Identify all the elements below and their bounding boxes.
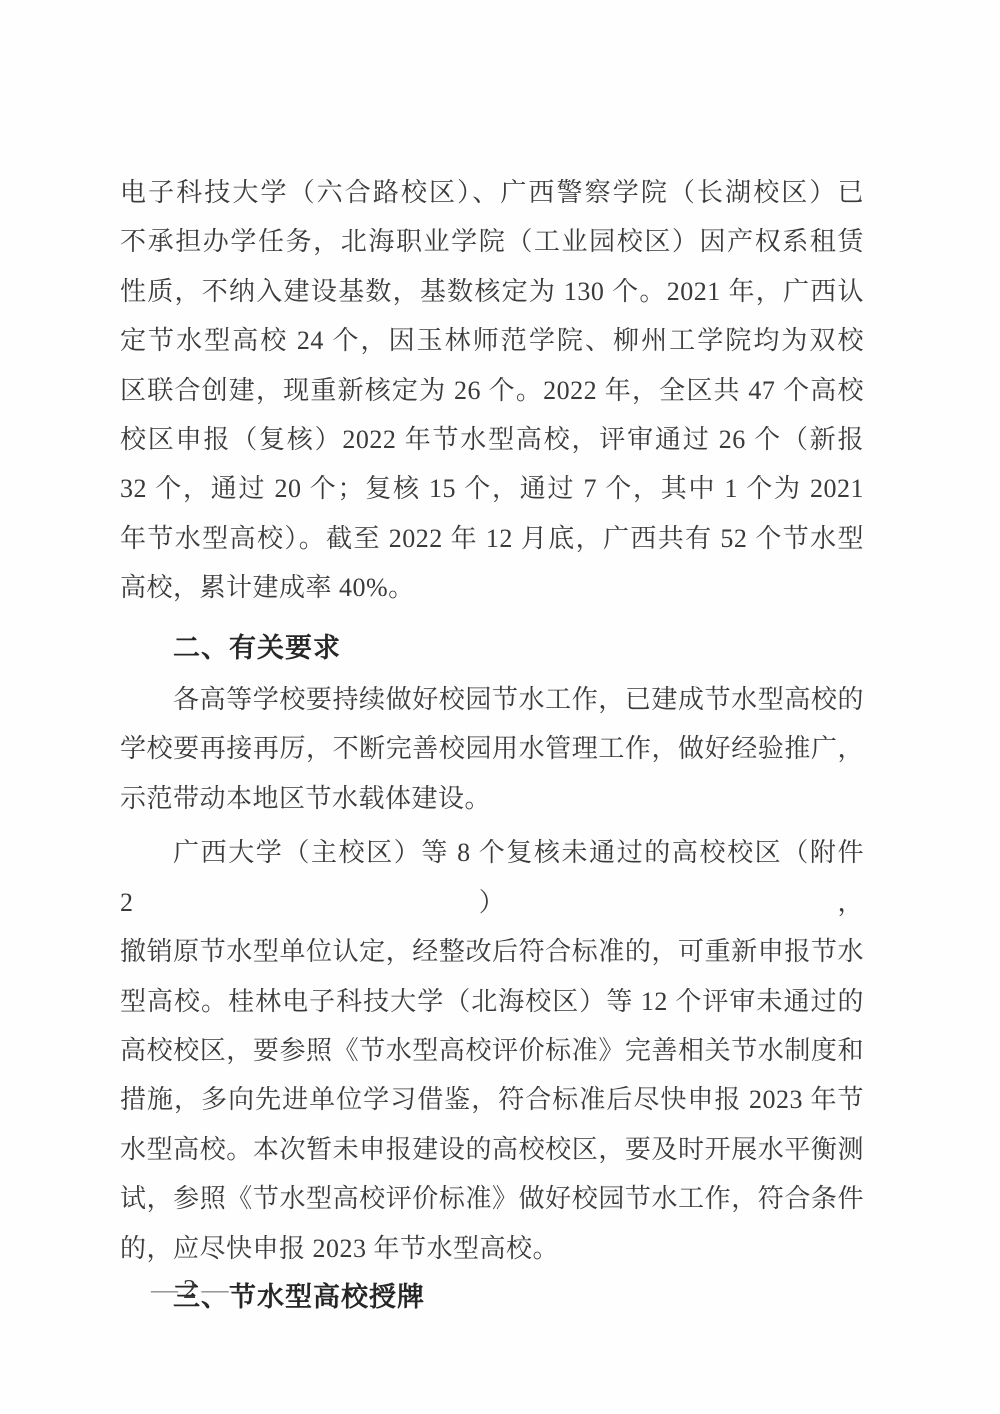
body-line: 区联合创建，现重新核定为 26 个。2022 年，全区共 47 个高校	[120, 366, 864, 415]
body-line: 性质，不纳入建设基数，基数核定为 130 个。2021 年，广西认	[120, 267, 864, 316]
page-number-value: 2	[183, 1274, 197, 1304]
body-line: 校区申报（复核）2022 年节水型高校，评审通过 26 个（新报	[120, 415, 864, 464]
document-body: 电子科技大学（六合路校区）、广西警察学院（长湖校区）已 不承担办学任务，北海职业…	[120, 168, 864, 1322]
section-heading-requirements: 二、有关要求	[120, 624, 864, 673]
body-line: 各高等学校要持续做好校园节水工作，已建成节水型高校的	[120, 675, 864, 724]
body-line: 试，参照《节水型高校评价标准》做好校园节水工作，符合条件	[120, 1174, 864, 1223]
body-line: 高校，累计建成率 40%。	[120, 563, 864, 612]
page-number-dash-left: —	[146, 1274, 183, 1304]
body-line: 定节水型高校 24 个，因玉林师范学院、柳州工学院均为双校	[120, 316, 864, 365]
body-line: 的，应尽快申报 2023 年节水型高校。	[120, 1224, 864, 1273]
body-line: 广西大学（主校区）等 8 个复核未通过的高校校区（附件 2），	[120, 828, 864, 927]
body-line: 年节水型高校）。截至 2022 年 12 月底，广西共有 52 个节水型	[120, 514, 864, 563]
body-line: 示范带动本地区节水载体建设。	[120, 774, 864, 823]
body-line: 型高校。桂林电子科技大学（北海校区）等 12 个评审未通过的	[120, 977, 864, 1026]
page-number: —2—	[146, 1274, 234, 1304]
page-number-dash-right: —	[197, 1274, 234, 1304]
body-line: 32 个，通过 20 个；复核 15 个，通过 7 个，其中 1 个为 2021	[120, 464, 864, 513]
body-line: 高校校区，要参照《节水型高校评价标准》完善相关节水制度和	[120, 1026, 864, 1075]
body-line: 学校要再接再厉，不断完善校园用水管理工作，做好经验推广，	[120, 724, 864, 773]
body-line: 电子科技大学（六合路校区）、广西警察学院（长湖校区）已	[120, 168, 864, 217]
body-line: 撤销原节水型单位认定，经整改后符合标准的，可重新申报节水	[120, 927, 864, 976]
body-line: 措施，多向先进单位学习借鉴，符合标准后尽快申报 2023 年节	[120, 1075, 864, 1124]
document-page: 电子科技大学（六合路校区）、广西警察学院（长湖校区）已 不承担办学任务，北海职业…	[0, 0, 1000, 1414]
body-line: 水型高校。本次暂未申报建设的高校校区，要及时开展水平衡测	[120, 1125, 864, 1174]
body-line: 不承担办学任务，北海职业学院（工业园校区）因产权系租赁	[120, 217, 864, 266]
